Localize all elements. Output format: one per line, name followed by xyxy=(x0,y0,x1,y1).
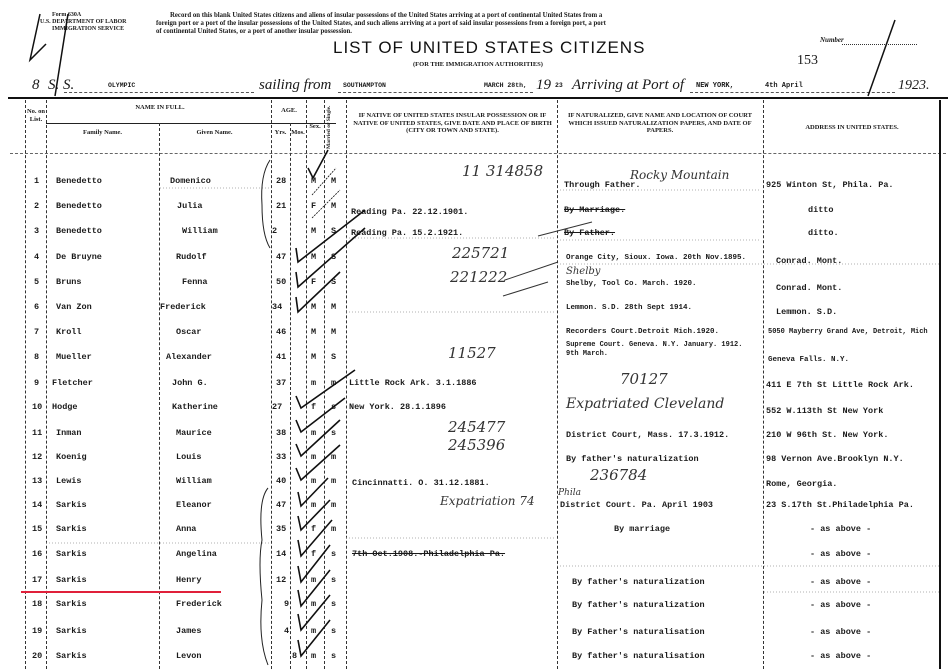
marital-status: s xyxy=(331,599,336,609)
family-name: Hodge xyxy=(52,402,78,412)
age-years: 2 xyxy=(272,226,277,236)
birth-handwritten: Expatriation 74 xyxy=(440,494,535,508)
age-years: 34 xyxy=(272,302,282,312)
page-number: 153 xyxy=(797,53,818,69)
col-rule-8 xyxy=(557,100,558,669)
address: - as above - xyxy=(810,627,871,637)
instructions-line-3: of continental United States, or a port … xyxy=(156,28,776,36)
address: 23 S.17th St.Philadelphia Pa. xyxy=(766,500,914,510)
sailing-from-port: SOUTHAMPTON xyxy=(343,82,386,89)
address: 98 Vernon Ave.Brooklyn N.Y. xyxy=(766,454,904,464)
sailing-line xyxy=(338,92,533,93)
age-years: 37 xyxy=(276,378,286,388)
header-mos: Mos. xyxy=(290,129,306,137)
year-prefix: 19 xyxy=(536,77,551,94)
birth-handwritten: 11 314858 xyxy=(462,162,543,180)
sex: M xyxy=(311,176,316,186)
naturalization: District Court, Mass. 17.3.1912. xyxy=(566,430,729,440)
row-number: 16 xyxy=(32,549,42,559)
arriving-port: NEW YORK, xyxy=(696,82,734,90)
arriving-year: 1923. xyxy=(898,78,930,94)
address: 411 E 7th St Little Rock Ark. xyxy=(766,380,914,390)
birth-place-date: Reading Pa. 22.12.1901. xyxy=(351,207,468,217)
sex: m xyxy=(311,428,316,438)
age-years: 47 xyxy=(276,252,286,262)
family-name: Sarkis xyxy=(56,575,87,585)
naturalization-handwritten: Rocky Mountain xyxy=(630,168,729,182)
family-name: Koenig xyxy=(56,452,87,462)
col-rule-4 xyxy=(290,123,291,669)
row-number: 8 xyxy=(34,352,39,362)
family-name: Inman xyxy=(56,428,82,438)
given-name: Frederick xyxy=(160,302,206,312)
age-years: 8 xyxy=(292,651,297,661)
family-name: Mueller xyxy=(56,352,92,362)
address: ditto xyxy=(808,205,834,215)
naturalization: By marriage xyxy=(614,524,670,534)
address: - as above - xyxy=(810,549,871,559)
age-years: 14 xyxy=(276,549,286,559)
age-years: 4 xyxy=(284,626,289,636)
row-number: 11 xyxy=(32,428,42,438)
sex: m xyxy=(311,476,316,486)
address: - as above - xyxy=(810,524,871,534)
birth-handwritten: 245477 xyxy=(448,418,505,436)
family-name: Sarkis xyxy=(56,599,87,609)
arriving-line xyxy=(690,92,895,93)
marital-status: s xyxy=(331,428,336,438)
given-name: Fenna xyxy=(182,277,208,287)
col-rule-0 xyxy=(25,100,26,669)
naturalization: By father's naturalization xyxy=(572,600,705,610)
brackets xyxy=(260,160,270,665)
family-name: Sarkis xyxy=(56,651,87,661)
marital-status: s xyxy=(331,549,336,559)
row-number: 9 xyxy=(34,378,39,388)
family-name: Sarkis xyxy=(56,500,87,510)
naturalization-handwritten: Shelby xyxy=(566,266,600,277)
marital-status: m xyxy=(331,452,336,462)
given-name: Julia xyxy=(177,201,203,211)
birth-handwritten: 245396 xyxy=(448,436,505,454)
age-years: 28 xyxy=(276,176,286,186)
address: Lemmon. S.D. xyxy=(776,307,837,317)
address: Rome, Georgia. xyxy=(766,479,837,489)
given-name: Levon xyxy=(176,651,202,661)
age-years: 35 xyxy=(276,524,286,534)
address: Conrad. Mont. xyxy=(776,283,842,293)
given-name: William xyxy=(176,476,212,486)
family-name: Sarkis xyxy=(56,524,87,534)
sex: m xyxy=(311,500,316,510)
marital-status: M xyxy=(331,201,336,211)
row-number: 3 xyxy=(34,226,39,236)
marital-status: S xyxy=(331,277,336,287)
naturalization: By Father's naturalisation xyxy=(572,627,705,637)
given-name: Henry xyxy=(176,575,202,585)
header-married-single: Married or Single. xyxy=(326,103,344,151)
marital-status: M xyxy=(331,327,336,337)
row-number: 20 xyxy=(32,651,42,661)
age-years: 46 xyxy=(276,327,286,337)
sex: M xyxy=(311,352,316,362)
row-number: 17 xyxy=(32,575,42,585)
naturalization: District Court. Pa. April 1903 xyxy=(560,500,713,510)
given-name: John G. xyxy=(172,378,208,388)
sex: m xyxy=(311,378,316,388)
ss-prefix: 8 xyxy=(32,77,40,94)
sex: f xyxy=(311,402,316,412)
sex: M xyxy=(311,252,316,262)
address: - as above - xyxy=(810,600,871,610)
given-name: Rudolf xyxy=(176,252,207,262)
birth-place-date: Cincinnatti. O. 31.12.1881. xyxy=(352,478,490,488)
header-bottom-rule xyxy=(10,153,946,154)
col-rule-1 xyxy=(46,100,47,669)
header-age: AGE. xyxy=(272,107,306,115)
sex: M xyxy=(311,327,316,337)
family-name: Benedetto xyxy=(56,201,102,211)
family-name: Fletcher xyxy=(52,378,93,388)
sailing-date: MARCH 28th, xyxy=(484,82,527,89)
page-subtitle: (FOR THE IMMIGRATION AUTHORITIES) xyxy=(413,61,543,68)
sex: f xyxy=(311,524,316,534)
marital-status: s xyxy=(331,575,336,585)
naturalization: By Marriage. xyxy=(564,205,625,215)
age-years: 9 xyxy=(284,599,289,609)
row-number: 14 xyxy=(32,500,42,510)
marital-status: M xyxy=(331,302,336,312)
given-name: Oscar xyxy=(176,327,202,337)
marital-status: S xyxy=(331,226,336,236)
instructions-line-2: foreign port or a port of the insular po… xyxy=(156,20,776,28)
age-years: 21 xyxy=(276,201,286,211)
vessel-line xyxy=(64,92,254,93)
naturalization-handwritten: Phila xyxy=(558,488,581,498)
birth-handwritten: 225721 xyxy=(452,244,509,262)
row-number: 19 xyxy=(32,626,42,636)
instructions: Record on this blank United States citiz… xyxy=(156,12,776,36)
given-name: Angelina xyxy=(176,549,217,559)
pen-stroke xyxy=(503,282,548,296)
table-top-rule xyxy=(8,97,948,99)
naturalization: Recorders Court.Detroit Mich.1920. xyxy=(566,328,719,336)
col-rule-7 xyxy=(346,100,347,669)
header-yrs: Yrs. xyxy=(271,129,290,137)
header-naturalized: IF NATURALIZED, GIVE NAME AND LOCATION O… xyxy=(561,112,759,135)
marital-status: S xyxy=(331,252,336,262)
name-subheader-rule xyxy=(46,123,336,124)
number-line xyxy=(842,44,917,45)
address: 210 W 96th St. New York. xyxy=(766,430,888,440)
marital-status: m xyxy=(331,524,336,534)
marital-status: m xyxy=(331,378,336,388)
row-number: 5 xyxy=(34,277,39,287)
naturalization: By Father. xyxy=(564,228,615,238)
form-number: Form 630A xyxy=(52,12,81,19)
naturalization: Shelby, Tool Co. March. 1920. xyxy=(566,280,697,288)
col-rule-6 xyxy=(324,100,325,669)
family-name: Benedetto xyxy=(56,176,102,186)
arriving-label: Arriving at Port of xyxy=(572,77,684,94)
birth-place-date: 7th Oct.1908.-Philadelphia Pa. xyxy=(352,549,505,559)
row-number: 13 xyxy=(32,476,42,486)
given-name: Frederick xyxy=(176,599,222,609)
age-years: 47 xyxy=(276,500,286,510)
row-number: 4 xyxy=(34,252,39,262)
age-years: 50 xyxy=(276,277,286,287)
family-name: Kroll xyxy=(56,327,82,337)
row-number: 6 xyxy=(34,302,39,312)
given-name: Maurice xyxy=(176,428,212,438)
year-suffix: 23 xyxy=(555,82,563,89)
given-name: Alexander xyxy=(166,352,212,362)
naturalization: By father's naturalization xyxy=(566,454,699,464)
address: 925 Winton St, Phila. Pa. xyxy=(766,180,894,190)
arriving-date: 4th April xyxy=(765,82,803,90)
sex: M xyxy=(311,302,316,312)
marital-status: M xyxy=(331,176,336,186)
header-address: ADDRESS IN UNITED STATES. xyxy=(768,124,936,132)
sex: m xyxy=(311,626,316,636)
header-sex: Sex. xyxy=(306,123,324,131)
header-name-in-full: NAME IN FULL. xyxy=(100,104,220,112)
given-name: Louis xyxy=(176,452,202,462)
col-rule-9 xyxy=(763,100,764,669)
marital-status: s xyxy=(331,402,336,412)
naturalization: Supreme Court. Geneva. N.Y. January. 191… xyxy=(566,341,758,359)
address: 552 W.113th St New York xyxy=(766,406,883,416)
row-number: 1 xyxy=(34,176,39,186)
age-years: 27 xyxy=(272,402,282,412)
header-no-on-list: No. on List. xyxy=(26,108,46,123)
page-title: LIST OF UNITED STATES CITIZENS xyxy=(333,38,645,58)
marital-status: S xyxy=(331,352,336,362)
given-name: Anna xyxy=(176,524,196,534)
given-name: Eleanor xyxy=(176,500,212,510)
service-label: IMMIGRATION SERVICE xyxy=(52,26,124,33)
instructions-line-1: Record on this blank United States citiz… xyxy=(156,12,776,20)
address: ditto. xyxy=(808,228,839,238)
family-name: Van Zon xyxy=(56,302,92,312)
address: - as above - xyxy=(810,577,871,587)
family-name: Sarkis xyxy=(56,626,87,636)
sex: m xyxy=(311,651,316,661)
marital-status: m xyxy=(331,500,336,510)
header-family-name: Family Name. xyxy=(50,129,155,137)
marital-status: s xyxy=(331,651,336,661)
age-years: 12 xyxy=(276,575,286,585)
marital-status: m xyxy=(331,476,336,486)
given-name: Katherine xyxy=(172,402,218,412)
age-years: 38 xyxy=(276,428,286,438)
given-name: James xyxy=(176,626,202,636)
marital-status: s xyxy=(331,626,336,636)
pen-stroke xyxy=(505,262,558,280)
sex: m xyxy=(311,452,316,462)
naturalization-handwritten: Expatriated Cleveland xyxy=(566,396,724,412)
row-number: 10 xyxy=(32,402,42,412)
sex: F xyxy=(311,201,316,211)
col-rule-3 xyxy=(271,100,272,669)
given-name: Domenico xyxy=(170,176,211,186)
family-name: De Bruyne xyxy=(56,252,102,262)
birth-place-date: Reading Pa. 15.2.1921. xyxy=(351,228,463,238)
family-name: Sarkis xyxy=(56,549,87,559)
department-label: U.S. DEPARTMENT OF LABOR xyxy=(40,19,127,26)
row-number: 15 xyxy=(32,524,42,534)
birth-place-date: Little Rock Ark. 3.1.1886 xyxy=(349,378,477,388)
naturalization: Lemmon. S.D. 28th Sept 1914. xyxy=(566,304,692,312)
col-rule-2 xyxy=(159,123,160,669)
row-number: 7 xyxy=(34,327,39,337)
age-years: 33 xyxy=(276,452,286,462)
naturalization: Orange City, Sioux. Iowa. 20th Nov.1895. xyxy=(566,254,746,262)
birth-handwritten: 221222 xyxy=(450,268,507,286)
address: 5050 Mayberry Grand Ave, Detroit, Mich xyxy=(768,328,928,336)
naturalization: By father's naturalization xyxy=(572,577,705,587)
col-rule-5 xyxy=(306,100,307,669)
address: Conrad. Mont. xyxy=(776,256,842,266)
sex: m xyxy=(311,575,316,585)
family-name: Lewis xyxy=(56,476,82,486)
row-number: 2 xyxy=(34,201,39,211)
birth-handwritten: 11527 xyxy=(448,344,496,362)
naturalization-handwritten: 70127 xyxy=(620,370,668,388)
given-name: William xyxy=(182,226,218,236)
address: - as above - xyxy=(810,651,871,661)
birth-place-date: New York. 28.1.1896 xyxy=(349,402,446,412)
sex: m xyxy=(311,599,316,609)
header-given-name: Given Name. xyxy=(162,129,267,137)
family-name: Benedetto xyxy=(56,226,102,236)
address: Geneva Falls. N.Y. xyxy=(768,356,849,364)
sex: f xyxy=(311,549,316,559)
vessel-name: OLYMPIC xyxy=(108,82,135,89)
number-label: Number xyxy=(820,36,844,44)
naturalization: By father's naturalisation xyxy=(572,651,705,661)
age-years: 40 xyxy=(276,476,286,486)
highlight-underline xyxy=(21,591,221,593)
sailing-from-label: sailing from xyxy=(259,77,331,94)
header-birth: IF NATIVE OF UNITED STATES INSULAR POSSE… xyxy=(350,112,555,135)
family-name: Bruns xyxy=(56,277,82,287)
naturalization-handwritten: 236784 xyxy=(590,466,647,484)
sex: F xyxy=(311,277,316,287)
sex: M xyxy=(311,226,316,236)
row-number: 12 xyxy=(32,452,42,462)
age-years: 41 xyxy=(276,352,286,362)
row-number: 18 xyxy=(32,599,42,609)
col-rule-right xyxy=(939,100,941,669)
